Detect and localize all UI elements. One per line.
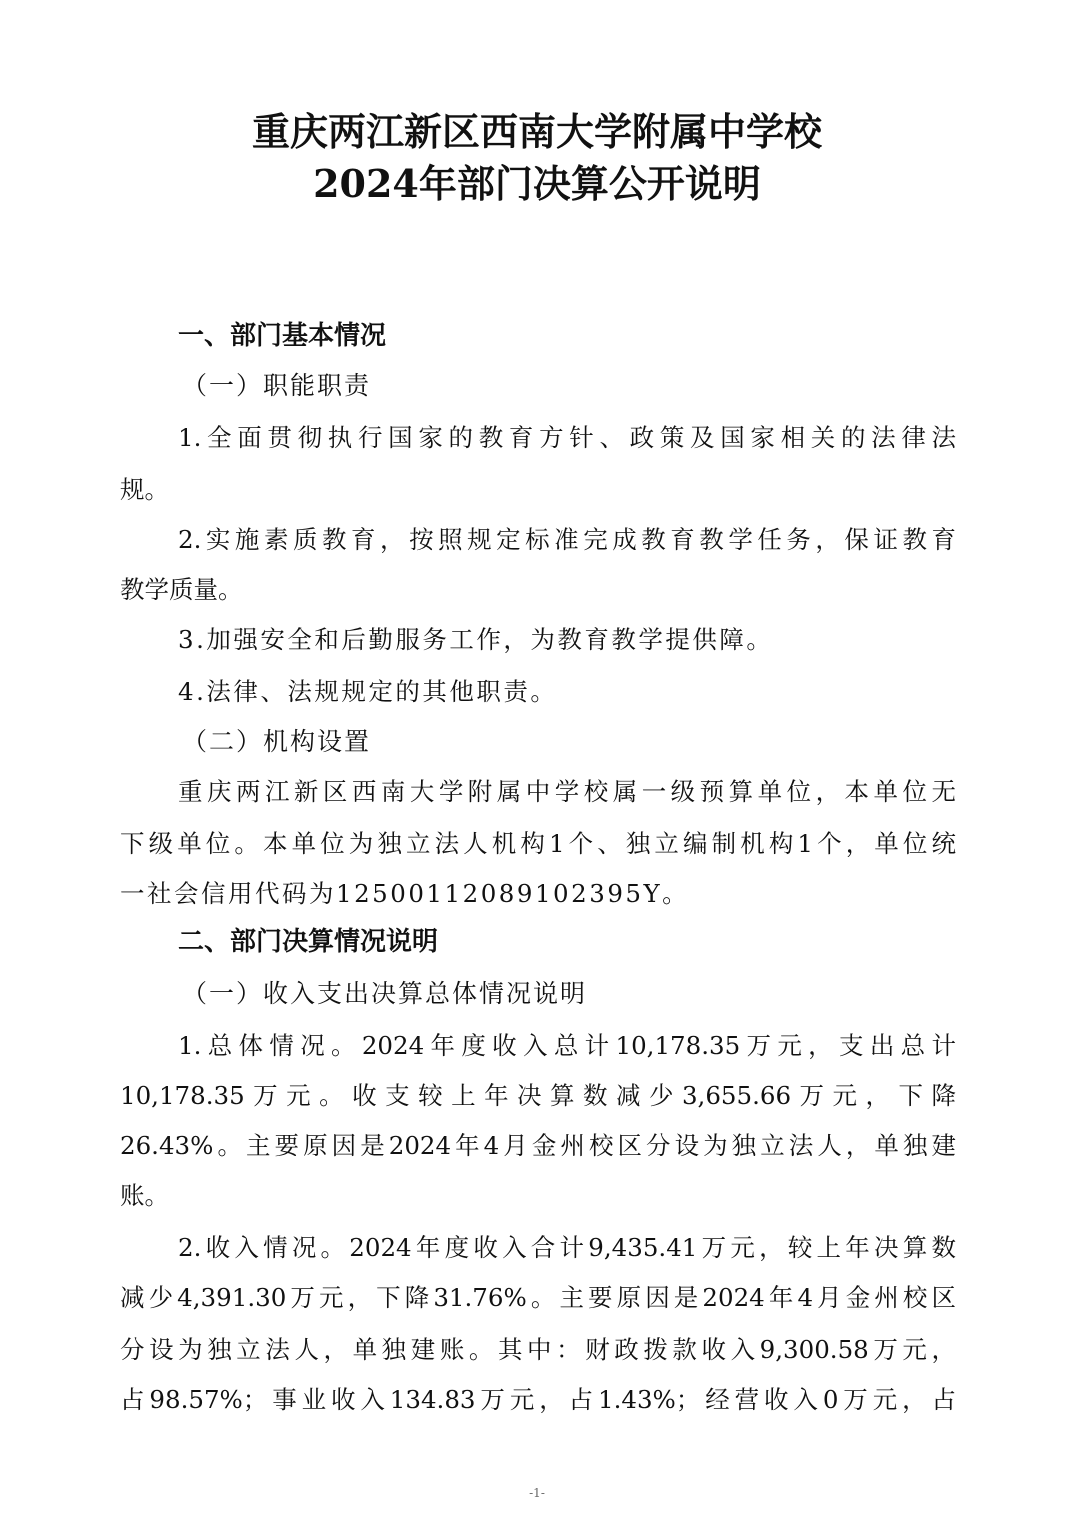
paragraph-line: 1.总体情况。2024年度收入总计10,178.35万元，支出总计 [178, 1026, 956, 1066]
paragraph-line: 教学质量。 [120, 570, 243, 610]
section-heading-basic-info: 一、部门基本情况 [178, 316, 386, 356]
paragraph-line: 1.全面贯彻执行国家的教育方针、政策及国家相关的法律法 [178, 418, 956, 458]
paragraph-line: 10,178.35万元。收支较上年决算数减少3,655.66万元，下降 [120, 1076, 956, 1116]
paragraph-line: 下级单位。本单位为独立法人机构1个、独立编制机构1个，单位统 [120, 824, 956, 864]
document-title-line2: 2024年部门决算公开说明 [0, 160, 1074, 208]
section-heading-final-accounts: 二、部门决算情况说明 [178, 922, 438, 962]
paragraph-line: 规。 [120, 470, 169, 510]
document-page: 重庆两江新区西南大学附属中学校 2024年部门决算公开说明 一、部门基本情况 （… [0, 0, 1074, 1520]
subheading-organization: （二）机构设置 [182, 722, 371, 762]
document-title-line1: 重庆两江新区西南大学附属中学校 [0, 108, 1074, 156]
paragraph-line: 账。 [120, 1176, 169, 1216]
page-number: -1- [0, 1486, 1074, 1500]
paragraph-line: 2.实施素质教育，按照规定标准完成教育教学任务，保证教育 [178, 520, 956, 560]
paragraph-line: 分设为独立法人，单独建账。其中：财政拨款收入9,300.58万元， [120, 1330, 956, 1370]
paragraph-line: 2.收入情况。2024年度收入合计9,435.41万元，较上年决算数 [178, 1228, 956, 1268]
paragraph-line: 3.加强安全和后勤服务工作，为教育教学提供障。 [178, 620, 773, 660]
subheading-functions: （一）职能职责 [182, 366, 371, 406]
paragraph-line: 减少4,391.30万元，下降31.76%。主要原因是2024年4月金州校区 [120, 1278, 956, 1318]
paragraph-line: 重庆两江新区西南大学附属中学校属一级预算单位，本单位无 [178, 772, 956, 812]
paragraph-line: 占98.57%；事业收入134.83万元，占1.43%；经营收入0万元，占 [120, 1380, 956, 1420]
paragraph-line: 一社会信用代码为12500112089102395Y。 [120, 874, 689, 914]
paragraph-line: 4.法律、法规规定的其他职责。 [178, 672, 557, 712]
paragraph-line: 26.43%。主要原因是2024年4月金州校区分设为独立法人，单独建 [120, 1126, 956, 1166]
subheading-income-expenditure: （一）收入支出决算总体情况说明 [182, 974, 587, 1014]
